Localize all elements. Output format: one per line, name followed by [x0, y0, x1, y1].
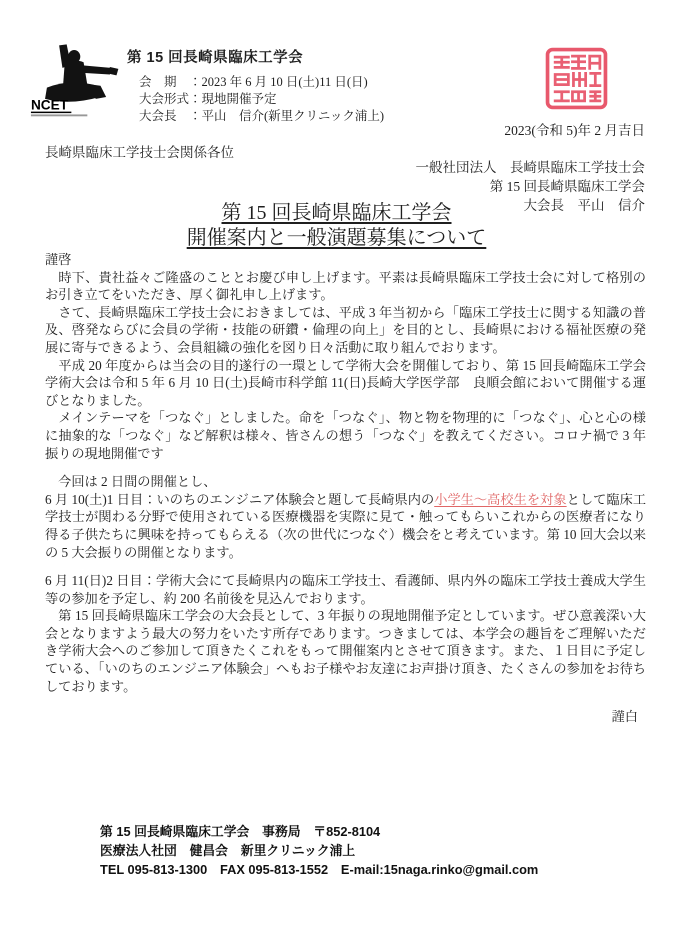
secretariat-footer: 第 15 回長崎県臨床工学会 事務局 〒852-8104 医療法人社団 健昌会 …	[100, 822, 538, 879]
logo-underline	[31, 112, 71, 114]
event-header: 第 15 回長崎県臨床工学会 会 期 ：2023 年 6 月 10 日(土)11…	[127, 46, 457, 125]
sender-conference: 第 15 回長崎県臨床工学会	[416, 177, 646, 196]
paragraph-theme: メインテーマを「つなぐ」としました。命を「つなぐ」、物と物を物理的に「つなぐ」、…	[45, 409, 646, 462]
paragraph-conference-history: 平成 20 年度からは当会の目的遂行の一環として学術大会を開催しており、第 15…	[45, 357, 646, 410]
event-dates: 会 期 ：2023 年 6 月 10 日(土)11 日(日)	[139, 74, 457, 91]
event-format: 大会形式：現地開催予定	[139, 91, 457, 108]
day1-text-before: 6 月 10(土)1 日目：いのちのエンジニア体験会と題して長崎県内の	[45, 492, 434, 507]
day1-highlight-red: 小学生～高校生を対象	[434, 492, 566, 507]
logo-text: NCET	[31, 97, 69, 112]
footer-contact: TEL 095-813-1300 FAX 095-813-1552 E-mail…	[100, 860, 538, 879]
seal-glyphs	[555, 56, 600, 101]
letter-body: 謹啓 時下、貴社益々ご隆盛のこととお慶び申し上げます。平素は長崎県臨床工学技士会…	[45, 251, 646, 726]
document-page: NCET 第 15 回長崎県臨床工学会 会 期 ：2023 年 6 月 10 日…	[0, 0, 673, 952]
paragraph-day1: 6 月 10(土)1 日目：いのちのエンジニア体験会と題して長崎県内の小学生～高…	[45, 491, 646, 561]
paragraph-invitation: 第 15 回長崎県臨床工学会の大会長として、3 年振りの現地開催予定としています…	[45, 607, 646, 695]
statue-silhouette-icon	[45, 44, 118, 101]
event-info: 会 期 ：2023 年 6 月 10 日(土)11 日(日) 大会形式：現地開催…	[127, 74, 457, 125]
footer-clinic: 医療法人社団 健昌会 新里クリニック浦上	[100, 841, 538, 860]
addressee: 長崎県臨床工学技士会関係各位	[45, 141, 234, 161]
paragraph-association: さて、長崎県臨床工学技士会におきましては、平成 3 年当初から「臨床工学技士に関…	[45, 304, 646, 357]
ncet-logo: NCET	[30, 44, 124, 120]
issue-date: 2023(令和 5)年 2 月吉日	[504, 119, 645, 139]
document-title-line1: 第 15 回長崎県臨床工学会	[222, 202, 452, 224]
paragraph-day2: 6 月 11(日)2 日目：学術大会にて長崎県内の臨床工学技士、看護師、県内外の…	[45, 572, 646, 607]
event-chair: 大会長 ：平山 信介(新里クリニック浦上)	[139, 108, 457, 125]
document-title: 第 15 回長崎県臨床工学会 開催案内と一般演題募集について	[0, 201, 673, 251]
event-title: 第 15 回長崎県臨床工学会	[127, 46, 457, 67]
footer-office: 第 15 回長崎県臨床工学会 事務局 〒852-8104	[100, 822, 538, 841]
closing-word: 謹白	[45, 708, 638, 726]
sender-organization: 一般社団法人 長崎県臨床工学技士会	[416, 158, 646, 177]
official-seal	[545, 47, 608, 110]
paragraph-two-days: 今回は 2 日間の開催とし、	[45, 473, 646, 491]
salutation: 謹啓	[45, 251, 646, 269]
logo-tagline	[31, 114, 87, 116]
paragraph-greeting: 時下、貴社益々ご隆盛のこととお慶び申し上げます。平素は長崎県臨床工学技士会に対し…	[45, 269, 646, 304]
document-title-line2: 開催案内と一般演題募集について	[187, 227, 487, 249]
